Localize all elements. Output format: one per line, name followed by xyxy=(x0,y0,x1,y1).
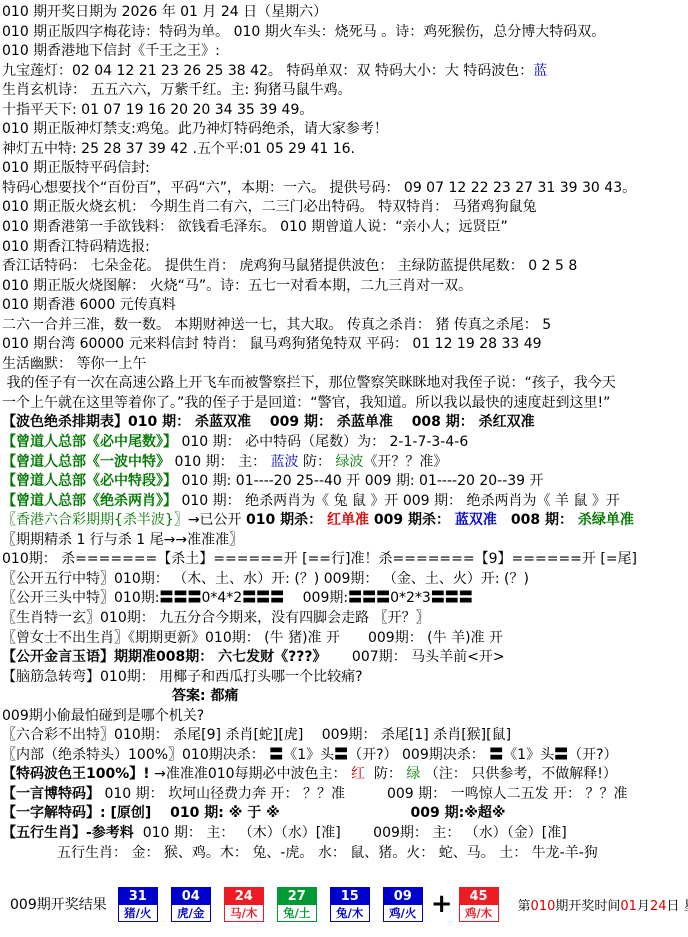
plus-sign: + xyxy=(431,891,453,917)
text-segment: 007期： 马头羊前<开> xyxy=(319,649,504,665)
text-segment: 香江话特码： 七朵金花。 提供生肖： 虎鸡狗马鼠猪提供波色： 主绿防蓝提供尾数：… xyxy=(2,258,577,274)
text-segment: 【特码波色王100%】! xyxy=(2,766,150,782)
text-segment: 〓〓〓 xyxy=(348,590,390,606)
text-segment: 010 期香港第一手欲钱料： 欲钱看毛泽东。 010 期曾道人说：“亲小人；远贤… xyxy=(2,219,508,235)
ball-zodiac-element: 鸡/木 xyxy=(460,905,498,921)
text-line: 【波色绝杀排期表】010 期： 杀蓝双准 009 期： 杀蓝单准 008 期： … xyxy=(2,413,686,433)
text-segment: 009期小偷最怕碰到是哪个机关? xyxy=(2,708,204,724)
text-segment: 010 期正版四字梅花诗：特码为单。 010 期火车头：烧死马 。诗：鸡死猴伤，… xyxy=(2,24,605,40)
text-line: 二六一合并三准，数一数。 本期财神送一七，其大取。 传真之杀肖： 猪 传真之杀尾… xyxy=(2,316,686,336)
text-segment: 01 xyxy=(620,899,637,914)
text-segment: 010 期正版特平码信封: xyxy=(2,160,150,176)
text-line: 009期小偷最怕碰到是哪个机关? xyxy=(2,707,686,727)
text-segment: 防： xyxy=(365,766,406,782)
text-line: 【公开金言玉语】期期准008期： 六七发财《???》 007期： 马头羊前<开> xyxy=(2,648,686,668)
text-line: 九宝莲灯：02 04 12 21 23 26 25 38 42。 特码单双：双 … xyxy=(2,62,686,82)
next-draw-info: 第010期开奖时间01月24日 星期六21:30 xyxy=(518,895,688,914)
text-segment: 红单准 xyxy=(327,512,369,528)
text-segment: 009期: xyxy=(284,590,348,606)
text-segment: 008 期： xyxy=(497,512,578,528)
result-ball: 31猪/火 xyxy=(118,887,158,922)
text-segment: 009 期杀： xyxy=(369,512,455,528)
text-line: 010期： 杀=======【杀土】======开 [==行]准！杀======… xyxy=(2,550,686,570)
text-segment: 【一言博特码】 xyxy=(2,786,100,802)
text-segment: 010 期香港 6000 元传真料 xyxy=(2,297,176,313)
text-segment: 010 期正版火烧图解： 火烧“马”。诗：五七一对看本期，二九三肖对一双。 xyxy=(2,278,472,294)
text-line: 010 期正版火烧玄机： 今期生肖二有六，二三门必出特码。 特双特肖： 马猪鸡狗… xyxy=(2,198,686,218)
text-segment: 【公开金言玉语】期期准008期： 六七发财《???》 xyxy=(2,649,319,665)
result-ball: 09鸡/火 xyxy=(383,887,423,922)
text-segment: 防： xyxy=(299,454,336,470)
text-segment: 〓 xyxy=(334,747,348,763)
text-segment: →已公开 xyxy=(188,512,246,528)
text-line: 【曾道人总部《绝杀两肖》】 010 期： 绝杀两肖为《 兔 鼠 》开 009 期… xyxy=(2,492,686,512)
text-segment: 【波色绝杀排期表】010 期： 杀蓝双准 009 期： 杀蓝单准 008 期： … xyxy=(2,414,535,430)
text-line: 010 期台湾 60000 元来料信封 特肖： 鼠马鸡狗猪兔特双 平码： 01 … xyxy=(2,335,686,355)
ball-number: 31 xyxy=(119,888,157,905)
text-segment: 〓 xyxy=(554,747,568,763)
text-segment: 010 期正版神灯禁支:鸡兔。此乃神灯特码绝杀，请大家参考！ xyxy=(2,121,388,137)
result-ball: 45鸡/木 xyxy=(459,887,499,922)
text-line: 生活幽默： 等你一上午 xyxy=(2,355,686,375)
ball-zodiac-element: 鸡/火 xyxy=(384,905,422,921)
text-segment: 010 期杀： xyxy=(246,512,327,528)
text-segment: 二六一合并三准，数一数。 本期财神送一七，其大取。 传真之杀肖： 猪 传真之杀尾… xyxy=(2,317,551,333)
text-segment: 月 xyxy=(637,899,650,914)
content-lines: 010 期开奖日期为 2026 年 01 月 24 日（星期六）010 期正版四… xyxy=(0,0,688,863)
text-segment: 特码心想要找个“百份百”，平码“六”，本期：一六。 提供号码： 09 07 12… xyxy=(2,180,636,196)
text-line: 特码心想要找个“百份百”，平码“六”，本期：一六。 提供号码： 09 07 12… xyxy=(2,179,686,199)
text-line: 答案: 都痛 xyxy=(2,687,686,707)
text-segment: 红 xyxy=(351,766,365,782)
text-line: 【曾道人总部《必中特段》】 010 期: 01----20 25--40 开 0… xyxy=(2,472,686,492)
text-line: 五行生肖： 金： 猴、鸡。木： 兔、-虎。 水： 鼠、猪。火： 蛇、马。 土： … xyxy=(2,844,686,864)
text-segment: 〖期期精杀 1 行与杀 1 尾→→准准准〗 xyxy=(2,532,243,548)
text-line: 〖公开三头中特〗010期:〓〓〓0*4*2〓〓〓 009期:〓〓〓0*2*3〓〓… xyxy=(2,589,686,609)
ball-zodiac-element: 兔/木 xyxy=(331,905,369,921)
ball-number: 04 xyxy=(172,888,210,905)
result-ball: 15兔/木 xyxy=(330,887,370,922)
text-segment: 答案: 都痛 xyxy=(172,688,238,704)
draw-results-bar: 009期开奖结果 31猪/火04虎/金24马/木27兔/土15兔/木09鸡/火+… xyxy=(0,878,688,930)
text-segment: 010 xyxy=(531,899,556,914)
text-segment: 日 星期 xyxy=(667,899,688,914)
text-segment: 010 期： 主： xyxy=(170,454,271,470)
text-segment: 十指平天下: 01 07 19 16 20 20 34 35 39 49。 xyxy=(2,102,313,118)
text-segment: 【脑筋急转弯】010期： 用椰子和西瓜打头哪一个比较痛? xyxy=(2,669,363,685)
text-segment: 【一字解特码】: [原创] 010 期: ※ 于 ※ 009 期:※超※ xyxy=(2,805,505,821)
text-line: 010 期正版四字梅花诗：特码为单。 010 期火车头：烧死马 。诗：鸡死猴伤，… xyxy=(2,23,686,43)
text-segment: 神灯五中特: 25 28 37 39 42 .五个平:01 05 29 41 1… xyxy=(2,141,355,157)
text-segment: 杀绿单准 xyxy=(578,512,634,528)
text-segment: 九宝莲灯：02 04 12 21 23 26 25 38 42。 特码单双：双 … xyxy=(2,63,533,79)
text-line: 〖曾女士不出生肖〗《期期更新》010期： (牛 猪)准 开 009期： (牛 羊… xyxy=(2,629,686,649)
ball-number: 15 xyxy=(331,888,369,905)
text-segment: 第 xyxy=(518,899,531,914)
text-segment: 〓 xyxy=(269,747,283,763)
results-label: 009期开奖结果 xyxy=(10,894,107,914)
text-line: 神灯五中特: 25 28 37 39 42 .五个平:01 05 29 41 1… xyxy=(2,140,686,160)
ball-zodiac-element: 马/木 xyxy=(225,905,263,921)
text-line: 【一字解特码】: [原创] 010 期: ※ 于 ※ 009 期:※超※ xyxy=(2,804,686,824)
text-segment: 010 期: 01----20 25--40 开 009 期: 01----20… xyxy=(177,473,544,489)
text-segment: （开?） xyxy=(568,747,617,763)
text-segment: 蓝波 xyxy=(271,454,299,470)
text-line: 010 期正版特平码信封: xyxy=(2,159,686,179)
text-line: 〖生肖特一玄〗010期： 九五分合今期来，没有四脚会走路 〖开？〗 xyxy=(2,609,686,629)
text-line: 010 期正版神灯禁支:鸡兔。此乃神灯特码绝杀，请大家参考！ xyxy=(2,120,686,140)
result-balls: 31猪/火04虎/金24马/木27兔/土15兔/木09鸡/火+45鸡/木 xyxy=(118,887,512,922)
text-segment: 蓝 xyxy=(533,63,547,79)
result-ball: 04虎/金 xyxy=(171,887,211,922)
text-segment: 0*4*2 xyxy=(201,590,242,606)
ball-number: 27 xyxy=(278,888,316,905)
text-line: 一个上午就在这里等着你了。”我的侄子于是回道：“警官，我知道。所以我以最快的速度… xyxy=(2,394,686,414)
lottery-info-page: 010 期开奖日期为 2026 年 01 月 24 日（星期六）010 期正版四… xyxy=(0,0,688,937)
text-segment: 010 期： 坎坷山径费力奔 开： ？？准 009 期： 一鸣惊人二五发 开： … xyxy=(100,786,628,802)
text-line: 〖公开五行中特〗010期： （木、土、水）开: (？) 009期： （金、土、火… xyxy=(2,570,686,590)
text-line: 【脑筋急转弯】010期： 用椰子和西瓜打头哪一个比较痛? xyxy=(2,668,686,688)
text-segment: 〖公开五行中特〗010期： （木、土、水）开: (？) 009期： （金、土、火… xyxy=(2,571,529,587)
text-line: 〖内部（绝杀特头）100%〗010期决杀： 〓《1》头〓（开?） 009期决杀：… xyxy=(2,746,686,766)
text-segment: 010 期： 主： （木）（水）[准] 009期： 主： （水）（金）[准] xyxy=(134,825,567,841)
text-segment: 〖曾女士不出生肖〗《期期更新》010期： (牛 猪)准 开 009期： (牛 羊… xyxy=(2,630,503,646)
text-segment: 010 期开奖日期为 2026 年 01 月 24 日（星期六） xyxy=(2,4,327,20)
text-segment: 【曾道人总部《必中特段》】 xyxy=(2,473,177,489)
text-segment: 010 期香港地下信封《千王之王》: xyxy=(2,43,220,59)
text-segment: 生肖玄机诗： 五五六六，万紫千红。主: 狗猪马鼠牛鸡。 xyxy=(2,82,352,98)
text-segment: 010 期： 必中特码（尾数）为： 2-1-7-3-4-6 xyxy=(177,434,468,450)
text-segment: 010 期： 绝杀两肖为《 兔 鼠 》开 009 期： 绝杀两肖为《 羊 鼠 》… xyxy=(177,493,620,509)
text-segment: （开?） 009期决杀： xyxy=(348,747,489,763)
text-line: 十指平天下: 01 07 19 16 20 20 34 35 39 49。 xyxy=(2,101,686,121)
text-segment: →准准准010每期必中波色主： xyxy=(150,766,351,782)
text-segment: 〖生肖特一玄〗010期： 九五分合今期来，没有四脚会走路 〖开？〗 xyxy=(2,610,430,626)
ball-zodiac-element: 虎/金 xyxy=(172,905,210,921)
text-segment: 〓〓〓 xyxy=(242,590,284,606)
text-line: 香江话特码： 七朵金花。 提供生肖： 虎鸡狗马鼠猪提供波色： 主绿防蓝提供尾数：… xyxy=(2,257,686,277)
text-line: 010 期香港 6000 元传真料 xyxy=(2,296,686,316)
text-line: 【特码波色王100%】! →准准准010每期必中波色主： 红 防： 绿 （注： … xyxy=(2,765,686,785)
text-segment: 一个上午就在这里等着你了。”我的侄子于是回道：“警官，我知道。所以我以最快的速度… xyxy=(2,395,610,411)
text-segment: 【曾道人总部《一波中特》 xyxy=(2,454,170,470)
text-segment: 生活幽默： 等你一上午 xyxy=(2,356,146,372)
text-line: 【曾道人总部《一波中特》 010 期： 主： 蓝波 防： 绿波《开？？准》 xyxy=(2,453,686,473)
text-segment: 0*2*3 xyxy=(390,590,431,606)
text-segment: 010 期香江特码精选报: xyxy=(2,239,150,255)
text-segment: 010 期正版火烧玄机： 今期生肖二有六，二三门必出特码。 特双特肖： 马猪鸡狗… xyxy=(2,199,537,215)
text-segment: 〓 xyxy=(489,747,503,763)
text-segment: 010期： 杀=======【杀土】======开 [==行]准！杀======… xyxy=(2,551,637,567)
text-segment: 〖公开三头中特〗010期: xyxy=(2,590,159,606)
text-segment: 绿 xyxy=(406,766,420,782)
text-segment: 绿波 xyxy=(335,454,363,470)
ball-number: 24 xyxy=(225,888,263,905)
text-segment: 《1》头 xyxy=(283,747,334,763)
text-segment: 〓〓〓 xyxy=(159,590,201,606)
text-segment: 《1》头 xyxy=(503,747,554,763)
text-segment: 【曾道人总部《绝杀两肖》】 xyxy=(2,493,177,509)
result-ball: 27兔/土 xyxy=(277,887,317,922)
text-segment: 期开奖时间 xyxy=(555,899,620,914)
text-line: 〖期期精杀 1 行与杀 1 尾→→准准准〗 xyxy=(2,531,686,551)
text-line: 生肖玄机诗： 五五六六，万紫千红。主: 狗猪马鼠牛鸡。 xyxy=(2,81,686,101)
text-line: 010 期香港地下信封《千王之王》: xyxy=(2,42,686,62)
text-segment: 【曾道人总部《必中尾数》】 xyxy=(2,434,177,450)
text-line: 010 期香港第一手欲钱料： 欲钱看毛泽东。 010 期曾道人说：“亲小人；远贤… xyxy=(2,218,686,238)
text-line: 〖香港六合彩期期{杀半波}〗→已公开 010 期杀： 红单准 009 期杀： 蓝… xyxy=(2,511,686,531)
text-segment: 〓〓〓 xyxy=(431,590,473,606)
text-segment: 〖内部（绝杀特头）100%〗010期决杀： xyxy=(2,747,269,763)
text-segment: 【五行生肖】-参考料 xyxy=(2,825,134,841)
text-segment: 蓝双准 xyxy=(455,512,497,528)
text-segment: 五行生肖： 金： 猴、鸡。木： 兔、-虎。 水： 鼠、猪。火： 蛇、马。 土： … xyxy=(57,845,598,861)
text-segment: 我的侄子有一次在高速公路上开飞车而被警察拦下，那位警察笑眯眯地对我侄子说：“孩子… xyxy=(2,375,616,391)
result-ball: 24马/木 xyxy=(224,887,264,922)
text-line: 【五行生肖】-参考料 010 期： 主： （木）（水）[准] 009期： 主： … xyxy=(2,824,686,844)
text-segment: （注： 只供参考，不做解释!） xyxy=(420,766,617,782)
text-segment: 010 期台湾 60000 元来料信封 特肖： 鼠马鸡狗猪兔特双 平码： 01 … xyxy=(2,336,542,352)
text-segment: 24 xyxy=(650,899,667,914)
text-line: 【曾道人总部《必中尾数》】 010 期： 必中特码（尾数）为： 2-1-7-3-… xyxy=(2,433,686,453)
ball-number: 09 xyxy=(384,888,422,905)
text-segment: 《开？？准》 xyxy=(363,454,447,470)
ball-zodiac-element: 猪/火 xyxy=(119,905,157,921)
ball-zodiac-element: 兔/土 xyxy=(278,905,316,921)
text-segment: 〖香港六合彩期期{杀半波}〗 xyxy=(2,512,188,528)
text-line: 010 期开奖日期为 2026 年 01 月 24 日（星期六） xyxy=(2,3,686,23)
text-line: 010 期香江特码精选报: xyxy=(2,238,686,258)
text-segment: 〖六合彩不出特〗010期： 杀尾[9] 杀肖[蛇][虎] 009期： 杀尾[1]… xyxy=(2,727,511,743)
text-line: 【一言博特码】 010 期： 坎坷山径费力奔 开： ？？准 009 期： 一鸣惊… xyxy=(2,785,686,805)
text-line: 我的侄子有一次在高速公路上开飞车而被警察拦下，那位警察笑眯眯地对我侄子说：“孩子… xyxy=(2,374,686,394)
text-line: 〖六合彩不出特〗010期： 杀尾[9] 杀肖[蛇][虎] 009期： 杀尾[1]… xyxy=(2,726,686,746)
text-line: 010 期正版火烧图解： 火烧“马”。诗：五七一对看本期，二九三肖对一双。 xyxy=(2,277,686,297)
ball-number: 45 xyxy=(460,888,498,905)
